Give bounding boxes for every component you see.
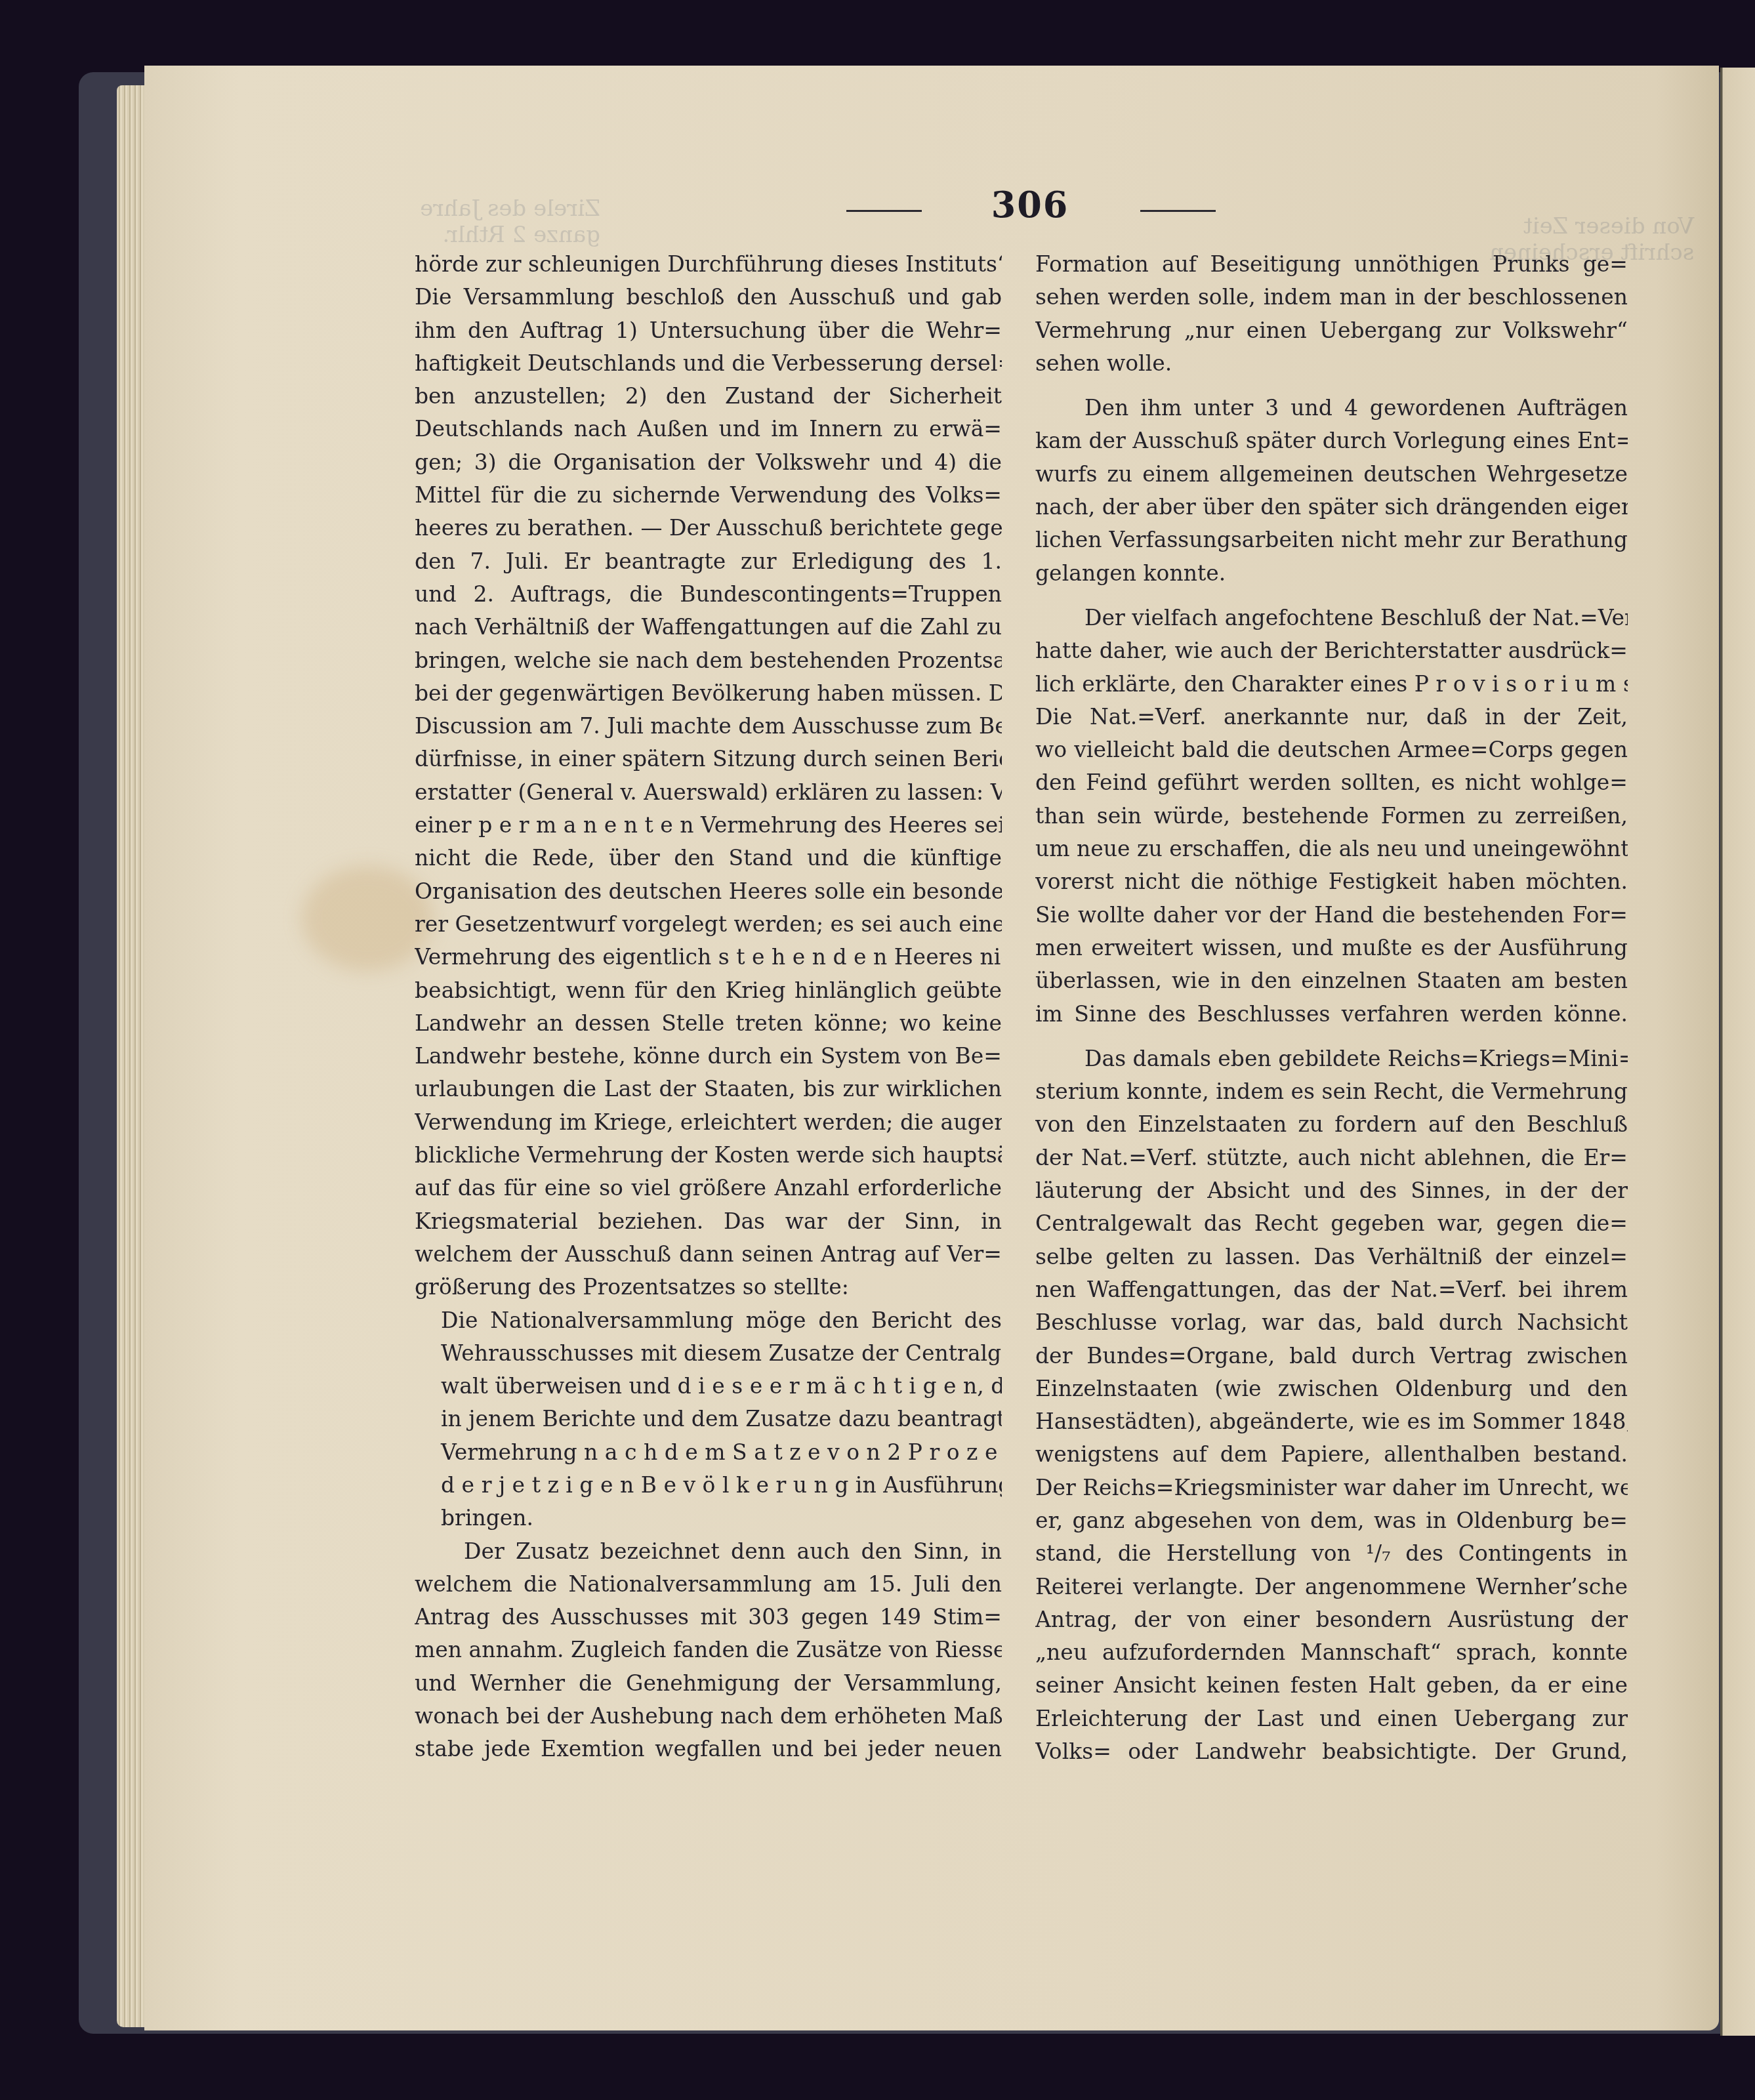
text-line: nen Waffengattungen, das der Nat.=Verf. … — [1035, 1273, 1628, 1306]
text-line: rer Gesetzentwurf vorgelegt werden; es s… — [415, 908, 1002, 941]
text-line: beabsichtigt, wenn für den Krieg hinläng… — [415, 974, 1002, 1007]
text-line: stand, die Herstellung von ¹/₇ des Conti… — [1035, 1537, 1628, 1570]
text-line: Kriegsmaterial beziehen. Das war der Sin… — [415, 1205, 1002, 1238]
text-line: sehen wolle. — [1035, 347, 1628, 380]
text-line: Die Nationalversammlung möge den Bericht… — [415, 1304, 1002, 1337]
text-line: wurfs zu einem allgemeinen deutschen Weh… — [1035, 458, 1628, 491]
text-line: wo vielleicht bald die deutschen Armee=C… — [1035, 733, 1628, 766]
text-line: welchem der Ausschuß dann seinen Antrag … — [415, 1238, 1002, 1271]
text-line: heeres zu berathen. — Der Ausschuß beric… — [415, 512, 1002, 545]
text-line: einer p e r m a n e n t e n Vermehrung d… — [415, 809, 1002, 842]
paragraph-gap — [1035, 1031, 1628, 1042]
text-line: der Nat.=Verf. stützte, auch nicht ableh… — [1035, 1142, 1628, 1174]
text-line: „neu aufzufordernden Mannschaft“ sprach,… — [1035, 1636, 1628, 1669]
text-line: Antrag, der von einer besondern Ausrüstu… — [1035, 1603, 1628, 1636]
text-line: gen; 3) die Organisation der Volkswehr u… — [415, 446, 1002, 479]
text-line: Volks= oder Landwehr beabsichtigte. Der … — [1035, 1735, 1628, 1768]
paragraph-gap — [1035, 590, 1628, 602]
text-line: vorerst nicht die nöthige Festigkeit hab… — [1035, 865, 1628, 898]
text-line: Der Reichs=Kriegsminister war daher im U… — [1035, 1472, 1628, 1504]
text-line: lich erklärte, den Charakter eines P r o… — [1035, 668, 1628, 701]
text-line: Vermehrung des eigentlich s t e h e n d … — [415, 941, 1002, 974]
text-line: seiner Ansicht keinen festen Halt geben,… — [1035, 1669, 1628, 1702]
text-line: Vermehrung „nur einen Uebergang zur Volk… — [1035, 314, 1628, 347]
text-line: Der vielfach angefochtene Beschluß der N… — [1035, 602, 1628, 634]
page-number: 306 — [974, 185, 1086, 224]
text-line: Antrag des Ausschusses mit 303 gegen 149… — [415, 1601, 1002, 1634]
text-line: auf das für eine so viel größere Anzahl … — [415, 1172, 1002, 1204]
text-line: gelangen konnte. — [1035, 557, 1628, 590]
bleed-through-text-left: Zirele des Jahre ganze 2 Rthlr. — [420, 196, 600, 248]
text-line: um neue zu erschaffen, die als neu und u… — [1035, 833, 1628, 865]
header-rule-right — [1140, 210, 1216, 212]
right-text-column: Formation auf Beseitigung unnöthigen Pru… — [1035, 248, 1628, 1768]
text-line: Landwehr bestehe, könne durch ein System… — [415, 1040, 1002, 1073]
text-line: Die Versammlung beschloß den Ausschuß un… — [415, 281, 1002, 314]
text-line: Landwehr an dessen Stelle treten könne; … — [415, 1007, 1002, 1040]
text-line: nach, der aber über den später sich drän… — [1035, 491, 1628, 524]
text-line: Centralgewalt das Recht gegeben war, geg… — [1035, 1207, 1628, 1240]
text-line: Einzelnstaaten (wie zwischen Oldenburg u… — [1035, 1372, 1628, 1405]
text-line: den Feind geführt werden sollten, es nic… — [1035, 766, 1628, 799]
text-line: ben anzustellen; 2) den Zustand der Sich… — [415, 380, 1002, 413]
text-line: lichen Verfassungsarbeiten nicht mehr zu… — [1035, 524, 1628, 556]
text-line: Die Nat.=Verf. anerkannte nur, daß in de… — [1035, 701, 1628, 733]
text-line: blickliche Vermehrung der Kosten werde s… — [415, 1139, 1002, 1172]
text-line: Wehrausschusses mit diesem Zusatze der C… — [415, 1337, 1002, 1370]
text-line: Organisation des deutschen Heeres solle … — [415, 875, 1002, 908]
left-text-column: hörde zur schleunigen Durchführung diese… — [415, 248, 1002, 1766]
facing-page-edge — [1720, 68, 1755, 2036]
text-line: Vermehrung n a c h d e m S a t z e v o n… — [415, 1436, 1002, 1469]
text-line: bringen. — [415, 1502, 1002, 1534]
text-line: Mittel für die zu sichernde Verwendung d… — [415, 479, 1002, 512]
text-line: Den ihm unter 3 und 4 gewordenen Aufträg… — [1035, 392, 1628, 424]
text-line: läuterung der Absicht und des Sinnes, in… — [1035, 1174, 1628, 1207]
text-line: than sein würde, bestehende Formen zu ze… — [1035, 800, 1628, 833]
text-line: er, ganz abgesehen von dem, was in Olden… — [1035, 1504, 1628, 1537]
text-line: walt überweisen und d i e s e e r m ä c … — [415, 1370, 1002, 1403]
text-line: größerung des Prozentsatzes so stellte: — [415, 1271, 1002, 1304]
page-header: 306 — [846, 185, 1214, 224]
text-line: sehen werden solle, indem man in der bes… — [1035, 281, 1628, 314]
text-line: nach Verhältniß der Waffengattungen auf … — [415, 611, 1002, 644]
text-line: von den Einzelstaaten zu fordern auf den… — [1035, 1108, 1628, 1141]
text-line: Reiterei verlangte. Der angenommene Wern… — [1035, 1571, 1628, 1603]
text-line: haftigkeit Deutschlands und die Verbesse… — [415, 347, 1002, 380]
text-line: Formation auf Beseitigung unnöthigen Pru… — [1035, 248, 1628, 281]
text-line: Das damals eben gebildete Reichs=Kriegs=… — [1035, 1042, 1628, 1075]
text-line: Hansestädten), abgeänderte, wie es im So… — [1035, 1405, 1628, 1438]
text-line: d e r j e t z i g e n B e v ö l k e r u … — [415, 1469, 1002, 1502]
text-line: men annahm. Zugleich fanden die Zusätze … — [415, 1634, 1002, 1666]
text-line: Discussion am 7. Juli machte dem Ausschu… — [415, 710, 1002, 743]
text-line: in jenem Berichte und dem Zusatze dazu b… — [415, 1403, 1002, 1435]
text-line: urlaubungen die Last der Staaten, bis zu… — [415, 1073, 1002, 1105]
text-line: kam der Ausschuß später durch Vorlegung … — [1035, 424, 1628, 457]
text-line: ihm den Auftrag 1) Untersuchung über die… — [415, 314, 1002, 347]
text-line: wenigstens auf dem Papiere, allenthalben… — [1035, 1438, 1628, 1471]
text-line: erstatter (General v. Auerswald) erkläre… — [415, 776, 1002, 809]
text-line: im Sinne des Beschlusses verfahren werde… — [1035, 998, 1628, 1031]
text-line: und Wernher die Genehmigung der Versamml… — [415, 1667, 1002, 1700]
paper-stain — [302, 866, 433, 971]
text-line: Beschlusse vorlag, war das, bald durch N… — [1035, 1306, 1628, 1339]
text-line: welchem die Nationalversammlung am 15. J… — [415, 1568, 1002, 1601]
text-line: hatte daher, wie auch der Berichterstatt… — [1035, 634, 1628, 667]
text-line: wonach bei der Aushebung nach dem erhöhe… — [415, 1700, 1002, 1733]
text-line: men erweitert wissen, und mußte es der A… — [1035, 932, 1628, 964]
text-line: Deutschlands nach Außen und im Innern zu… — [415, 413, 1002, 445]
text-line: den 7. Juli. Er beantragte zur Erledigun… — [415, 545, 1002, 578]
text-line: sterium konnte, indem es sein Recht, die… — [1035, 1075, 1628, 1108]
text-line: Sie wollte daher vor der Hand die besteh… — [1035, 899, 1628, 932]
text-line: überlassen, wie in den einzelnen Staaten… — [1035, 964, 1628, 997]
text-line: der Bundes=Organe, bald durch Vertrag zw… — [1035, 1340, 1628, 1372]
text-line: und 2. Auftrags, die Bundescontingents=T… — [415, 578, 1002, 611]
text-line: Erleichterung der Last und einen Ueberga… — [1035, 1702, 1628, 1735]
header-rule-left — [846, 210, 922, 212]
text-line: stabe jede Exemtion wegfallen und bei je… — [415, 1733, 1002, 1765]
text-line: Der Zusatz bezeichnet denn auch den Sinn… — [415, 1535, 1002, 1568]
text-line: hörde zur schleunigen Durchführung diese… — [415, 248, 1002, 281]
paragraph-gap — [1035, 380, 1628, 392]
text-line: bei der gegenwärtigen Bevölkerung haben … — [415, 677, 1002, 710]
text-line: dürfnisse, in einer spätern Sitzung durc… — [415, 743, 1002, 775]
text-line: selbe gelten zu lassen. Das Verhältniß d… — [1035, 1241, 1628, 1273]
text-line: nicht die Rede, über den Stand und die k… — [415, 842, 1002, 875]
text-line: bringen, welche sie nach dem bestehenden… — [415, 644, 1002, 677]
text-line: Verwendung im Kriege, erleichtert werden… — [415, 1106, 1002, 1139]
